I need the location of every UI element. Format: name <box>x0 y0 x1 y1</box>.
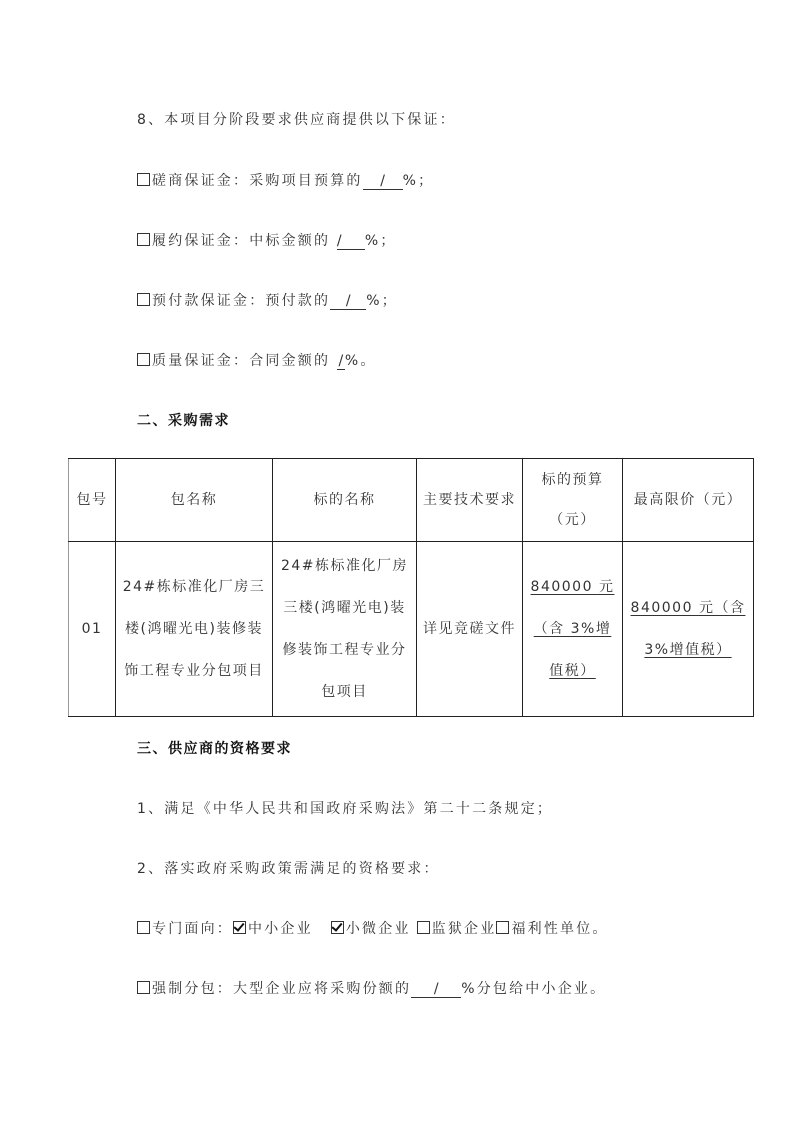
advance-deposit-checkbox[interactable] <box>137 293 150 306</box>
quality-deposit-suffix: %。 <box>345 353 377 369</box>
header-max-price: 最高限价（元） <box>623 459 754 542</box>
subcontract-suffix: %分包给中小企业。 <box>461 981 606 997</box>
performance-deposit-label: 履约保证金：中标金额的 <box>152 233 337 249</box>
bid-deposit-label: 磋商保证金：采购项目预算的 <box>152 173 363 189</box>
bid-deposit-suffix: %； <box>403 173 435 189</box>
section8-title: 8、本项目分阶段要求供应商提供以下保证： <box>137 109 456 129</box>
welfare-unit-label: 福利性单位。 <box>511 921 608 937</box>
section2-heading: 二、采购需求 <box>137 410 230 430</box>
subcontract-value: / <box>411 981 461 998</box>
subcontract-line: 强制分包：大型企业应将采购份额的/%分包给中小企业。 <box>137 978 606 998</box>
micro-enterprise-checkbox[interactable] <box>331 921 344 934</box>
procurement-table: 包号 包名称 标的名称 主要技术要求 标的预算（元） 最高限价（元） 01 24… <box>68 458 754 717</box>
header-subject-name: 标的名称 <box>273 459 417 542</box>
header-budget: 标的预算（元） <box>523 459 623 542</box>
prison-enterprise-checkbox[interactable] <box>417 921 430 934</box>
quality-deposit-label: 质量保证金：合同金额的 <box>152 353 337 369</box>
header-package-no: 包号 <box>69 459 116 542</box>
cell-tech-requirements: 详见竞磋文件 <box>417 542 523 717</box>
qualification-item-2: 2、落实政府采购政策需满足的资格要求： <box>137 858 440 878</box>
bid-deposit-checkbox[interactable] <box>137 173 150 186</box>
table-row: 01 24#栋标准化厂房三楼(鸿曜光电)装修装饰工程专业分包项目 24#栋标准化… <box>69 542 754 717</box>
advance-deposit-label: 预付款保证金：预付款的 <box>152 293 330 309</box>
bid-deposit-line: 磋商保证金：采购项目预算的/%； <box>137 170 434 190</box>
performance-deposit-suffix: %； <box>365 233 397 249</box>
advance-deposit-suffix: %； <box>366 293 398 309</box>
quality-deposit-line: 质量保证金：合同金额的 /%。 <box>137 350 377 370</box>
table-header-row: 包号 包名称 标的名称 主要技术要求 标的预算（元） 最高限价（元） <box>69 459 754 542</box>
section3-heading: 三、供应商的资格要求 <box>137 738 292 758</box>
qualification-item-1: 1、满足《中华人民共和国政府采购法》第二十二条规定； <box>137 798 553 818</box>
advance-deposit-value: / <box>330 293 366 310</box>
cell-package-name: 24#栋标准化厂房三楼(鸿曜光电)装修装饰工程专业分包项目 <box>116 542 273 717</box>
bid-deposit-value: / <box>363 173 403 190</box>
quality-deposit-value: / <box>337 353 345 370</box>
welfare-unit-checkbox[interactable] <box>496 921 509 934</box>
dedicated-line: 专门面向：中小企业小微企业监狱企业福利性单位。 <box>137 918 609 938</box>
performance-deposit-value: / <box>337 233 365 250</box>
performance-deposit-checkbox[interactable] <box>137 233 150 246</box>
performance-deposit-line: 履约保证金：中标金额的 /%； <box>137 230 397 250</box>
subcontract-checkbox[interactable] <box>137 981 150 994</box>
subcontract-label: 强制分包：大型企业应将采购份额的 <box>152 981 411 997</box>
dedicated-checkbox[interactable] <box>137 921 150 934</box>
cell-budget: 840000 元（含 3%增值税） <box>523 542 623 717</box>
cell-subject-name: 24#栋标准化厂房三楼(鸿曜光电)装修装饰工程专业分包项目 <box>273 542 417 717</box>
dedicated-label: 专门面向： <box>152 921 233 937</box>
micro-enterprise-label: 小微企业 <box>346 921 411 937</box>
quality-deposit-checkbox[interactable] <box>137 353 150 366</box>
cell-max-price: 840000 元（含 3%增值税） <box>623 542 754 717</box>
header-tech-requirements: 主要技术要求 <box>417 459 523 542</box>
sme-checkbox[interactable] <box>233 921 246 934</box>
cell-package-no: 01 <box>69 542 116 717</box>
advance-deposit-line: 预付款保证金：预付款的/%； <box>137 290 398 310</box>
prison-enterprise-label: 监狱企业 <box>432 921 497 937</box>
header-package-name: 包名称 <box>116 459 273 542</box>
sme-label: 中小企业 <box>248 921 313 937</box>
